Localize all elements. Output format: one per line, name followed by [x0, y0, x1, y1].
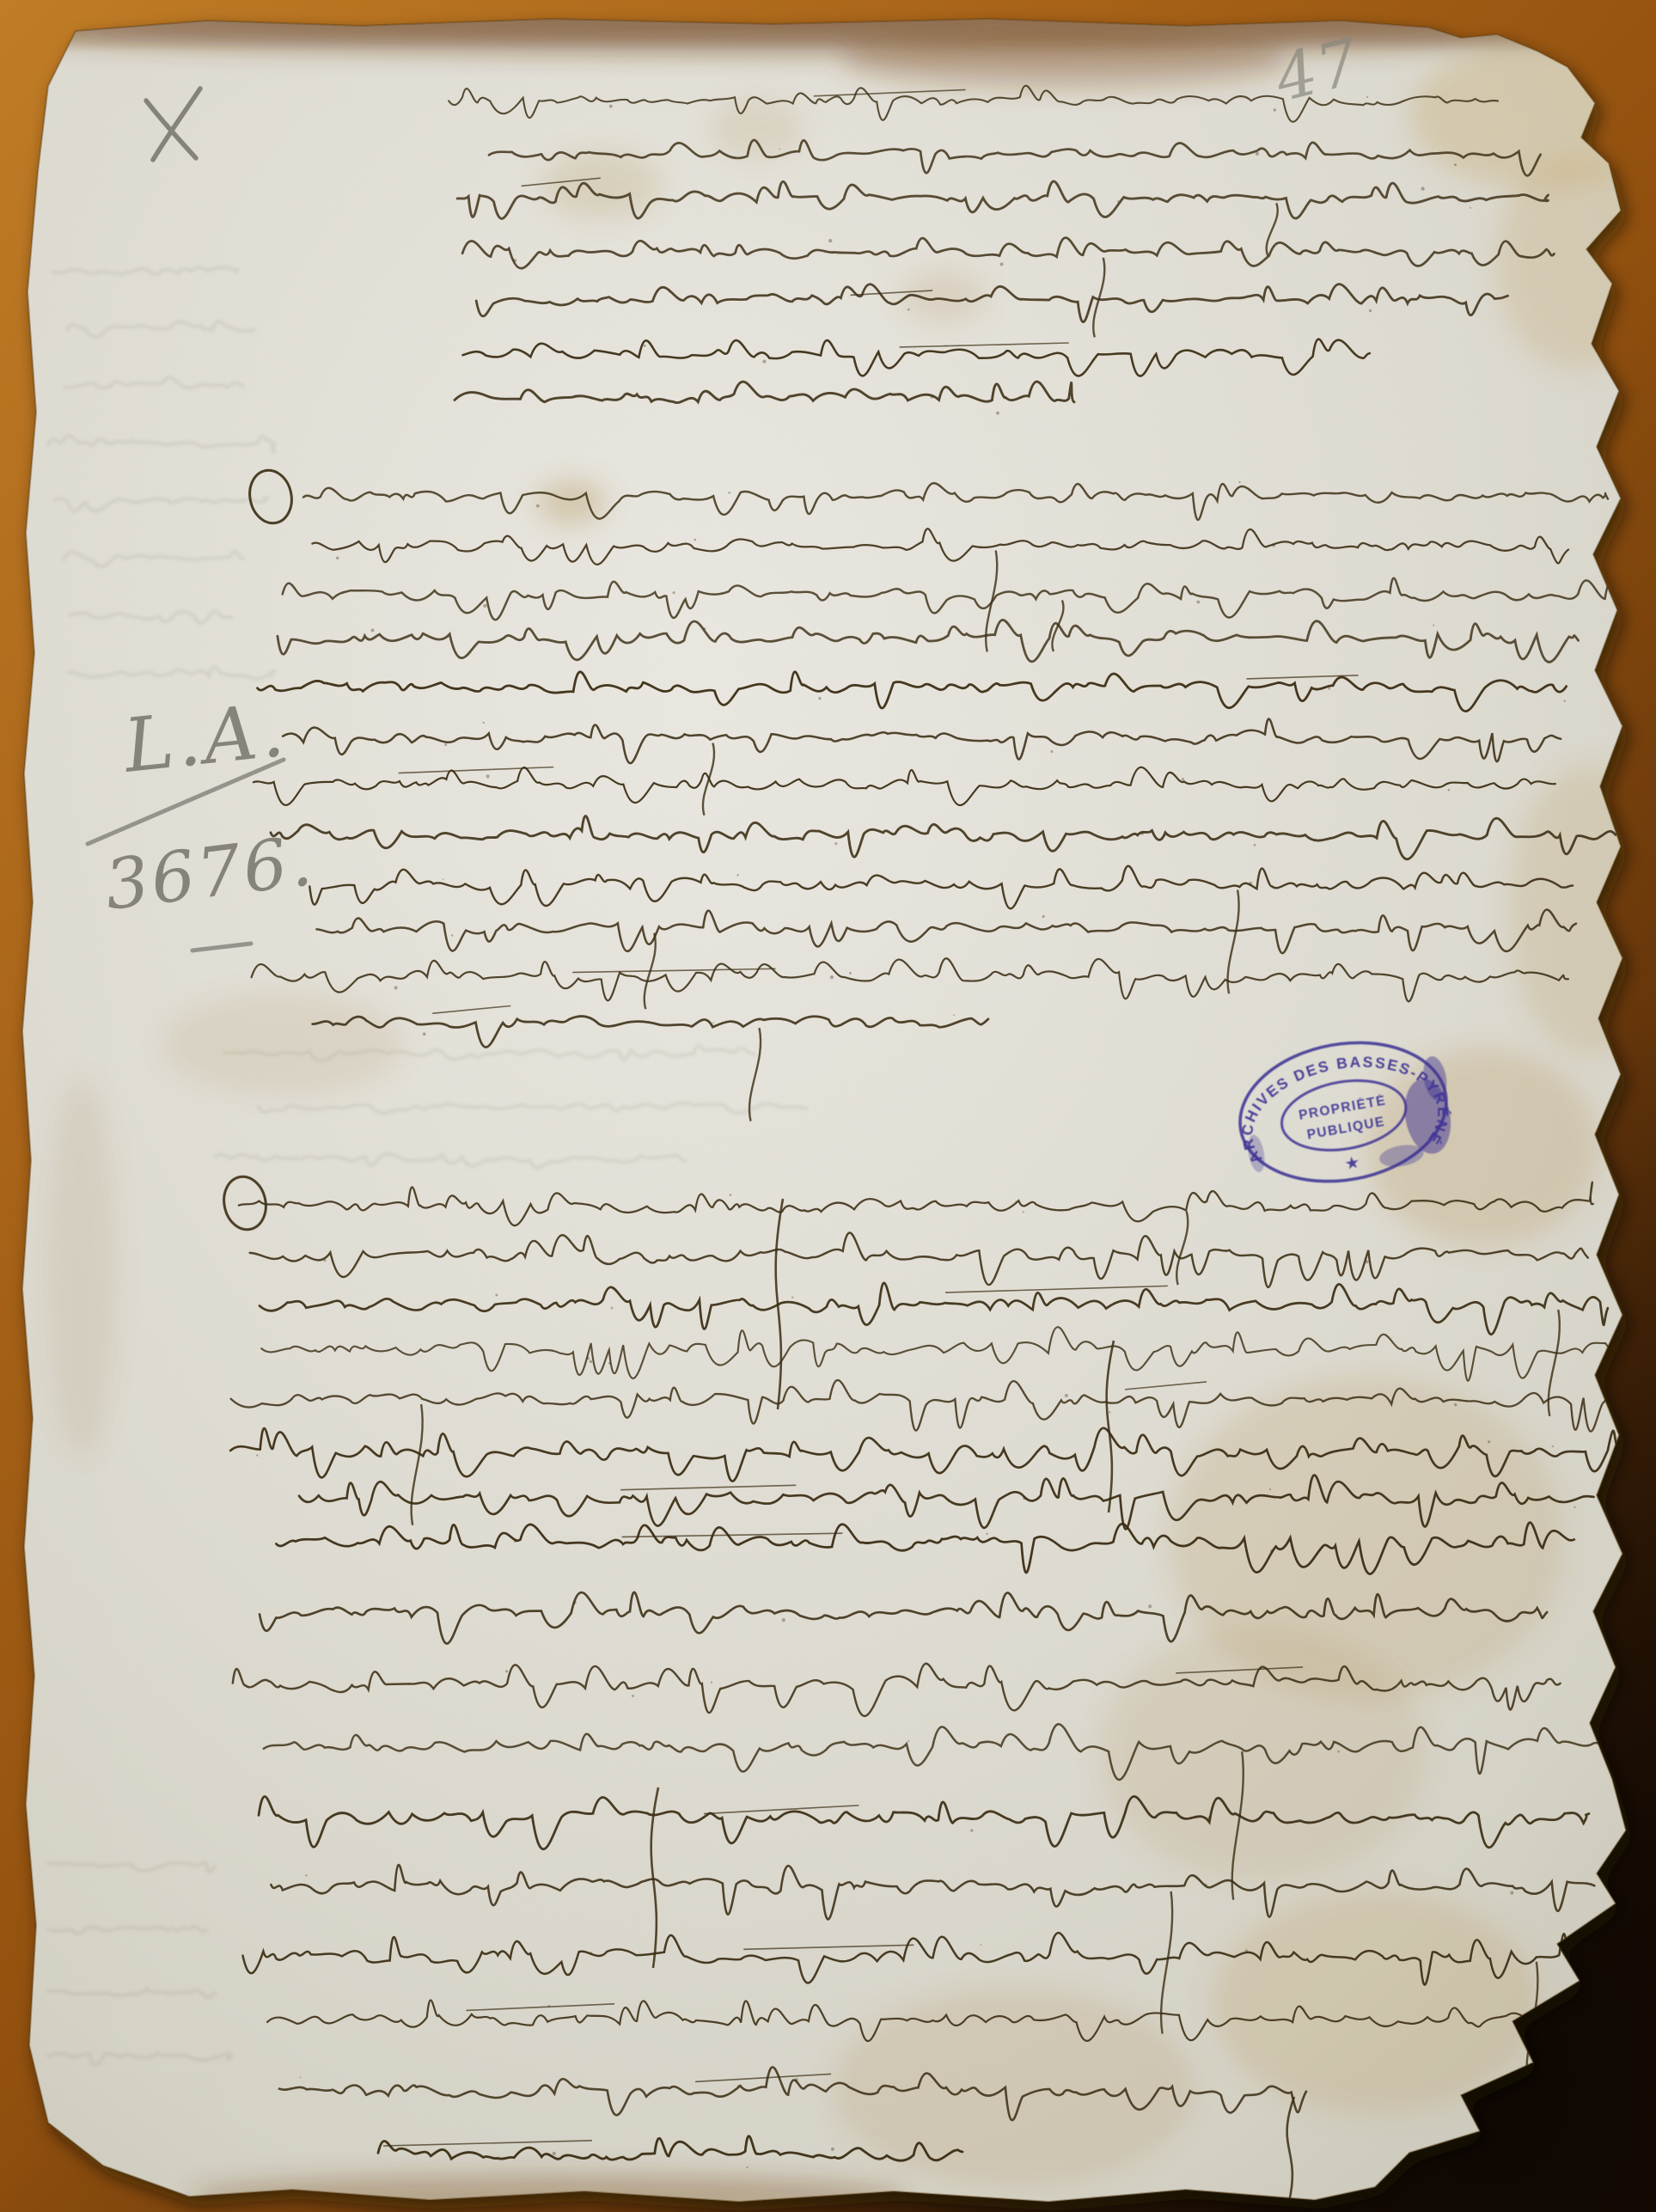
ink-speck — [1050, 750, 1053, 753]
ink-speck — [1328, 687, 1330, 690]
ink-speck — [1205, 1884, 1207, 1886]
ink-speck — [423, 1032, 426, 1036]
ink-speck — [737, 2085, 739, 2087]
stain — [901, 271, 987, 322]
ink-speck — [609, 105, 613, 108]
ink-speck — [1079, 1750, 1080, 1751]
stain — [163, 993, 404, 1096]
ink-speck — [486, 774, 490, 778]
ink-speck — [849, 972, 852, 975]
ink-speck — [444, 743, 447, 746]
ink-speck — [611, 1307, 614, 1310]
ink-speck — [996, 412, 999, 415]
ink-speck — [495, 1294, 498, 1297]
ink-speck — [981, 1944, 982, 1946]
ink-speck — [305, 1874, 307, 1876]
ink-speck — [553, 2152, 556, 2155]
ink-speck — [782, 1618, 785, 1622]
ink-speck — [834, 842, 837, 845]
ink-speck — [818, 697, 821, 700]
ink-speck — [1109, 1411, 1110, 1413]
ink-speck — [1197, 601, 1201, 604]
ink-speck — [673, 591, 675, 594]
stain — [47, 1079, 116, 1457]
ink-speck — [1023, 1211, 1024, 1213]
ink-speck — [791, 1297, 793, 1298]
ink-speck — [505, 1670, 508, 1672]
ink-speck — [1256, 152, 1259, 156]
ink-speck — [514, 1539, 517, 1543]
ink-speck — [1574, 1506, 1575, 1508]
ink-speck — [573, 1601, 577, 1604]
ink-speck — [590, 1360, 593, 1364]
ink-speck — [828, 239, 832, 242]
ink-speck — [536, 504, 540, 508]
ink-speck — [1148, 1604, 1152, 1608]
ink-speck — [1488, 1440, 1490, 1443]
stain — [1100, 1624, 1427, 1882]
ink-speck — [704, 627, 706, 630]
ink-speck — [1023, 1497, 1026, 1500]
archive-series-label: L.A. — [119, 687, 291, 791]
ink-speck — [1015, 1201, 1017, 1202]
ink-speck — [1447, 789, 1450, 791]
ink-speck — [795, 2078, 798, 2081]
ink-speck — [1000, 262, 1004, 266]
ink-speck — [669, 291, 670, 293]
ink-speck — [371, 629, 375, 632]
ink-speck — [986, 1533, 987, 1535]
ink-speck — [1117, 200, 1119, 202]
ink-speck — [970, 1830, 973, 1832]
ink-speck — [1510, 1891, 1513, 1894]
ink-speck — [644, 345, 646, 347]
ink-speck — [1254, 844, 1256, 846]
ink-speck — [1366, 96, 1368, 98]
ink-speck — [1433, 624, 1434, 626]
ink-speck — [931, 396, 933, 399]
ink-speck — [394, 986, 398, 989]
ink-speck — [1563, 700, 1565, 701]
ink-speck — [694, 539, 696, 541]
ink-speck — [953, 1014, 955, 1016]
ink-speck — [1270, 1549, 1273, 1552]
stain — [709, 99, 804, 159]
ink-speck — [945, 345, 947, 346]
ink-speck — [1569, 1813, 1571, 1815]
ink-speck — [324, 1259, 327, 1262]
ink-speck — [483, 722, 485, 724]
manuscript-photo: 47 L.A. 3676. ARCHIVES DES BASSES-PYRÉNÉ… — [0, 0, 1656, 2212]
ink-speck — [1245, 1949, 1248, 1952]
ink-speck — [1140, 831, 1144, 834]
ink-speck — [1421, 186, 1425, 190]
ink-speck — [300, 2076, 302, 2078]
ink-speck — [483, 604, 486, 608]
ink-speck — [1065, 1394, 1068, 1397]
ink-speck — [736, 874, 738, 876]
ink-speck — [256, 1454, 258, 1456]
ink-speck — [1454, 1403, 1457, 1406]
ink-speck — [443, 878, 444, 880]
ink-speck — [907, 309, 910, 311]
ink-speck — [632, 1695, 634, 1697]
ink-speck — [697, 400, 699, 401]
ink-speck — [1454, 163, 1457, 166]
ink-speck — [831, 2148, 834, 2151]
ink-speck — [1182, 778, 1184, 780]
ink-speck — [1337, 1751, 1340, 1753]
stain — [842, 34, 1289, 86]
ink-speck — [907, 1740, 909, 1742]
ink-speck — [590, 1952, 592, 1954]
ink-speck — [1249, 882, 1252, 885]
ink-speck — [746, 2166, 748, 2168]
ink-speck — [1238, 481, 1240, 483]
ink-speck — [728, 492, 730, 494]
ink-speck — [1552, 1445, 1554, 1447]
stain — [1212, 1891, 1538, 2114]
ink-speck — [762, 360, 766, 364]
stain — [541, 150, 662, 219]
ink-speck — [712, 1022, 714, 1024]
ink-speck — [451, 934, 453, 936]
ink-speck — [586, 1357, 590, 1360]
ink-speck — [1207, 1816, 1211, 1819]
ink-speck — [1042, 915, 1045, 918]
ink-speck — [336, 557, 339, 559]
ink-speck — [830, 975, 834, 979]
ink-speck — [711, 1681, 712, 1683]
ink-speck — [548, 2005, 551, 2007]
ink-speck — [779, 148, 780, 150]
ink-speck — [730, 1194, 732, 1196]
ink-speck — [1470, 207, 1471, 209]
ink-speck — [608, 1362, 611, 1365]
ink-speck — [1366, 1260, 1369, 1263]
ink-speck — [641, 926, 643, 928]
ink-speck — [1269, 1488, 1271, 1490]
ink-speck — [513, 259, 516, 262]
ink-speck — [1273, 544, 1276, 547]
ink-speck — [1369, 309, 1372, 312]
ink-speck — [1274, 108, 1276, 111]
